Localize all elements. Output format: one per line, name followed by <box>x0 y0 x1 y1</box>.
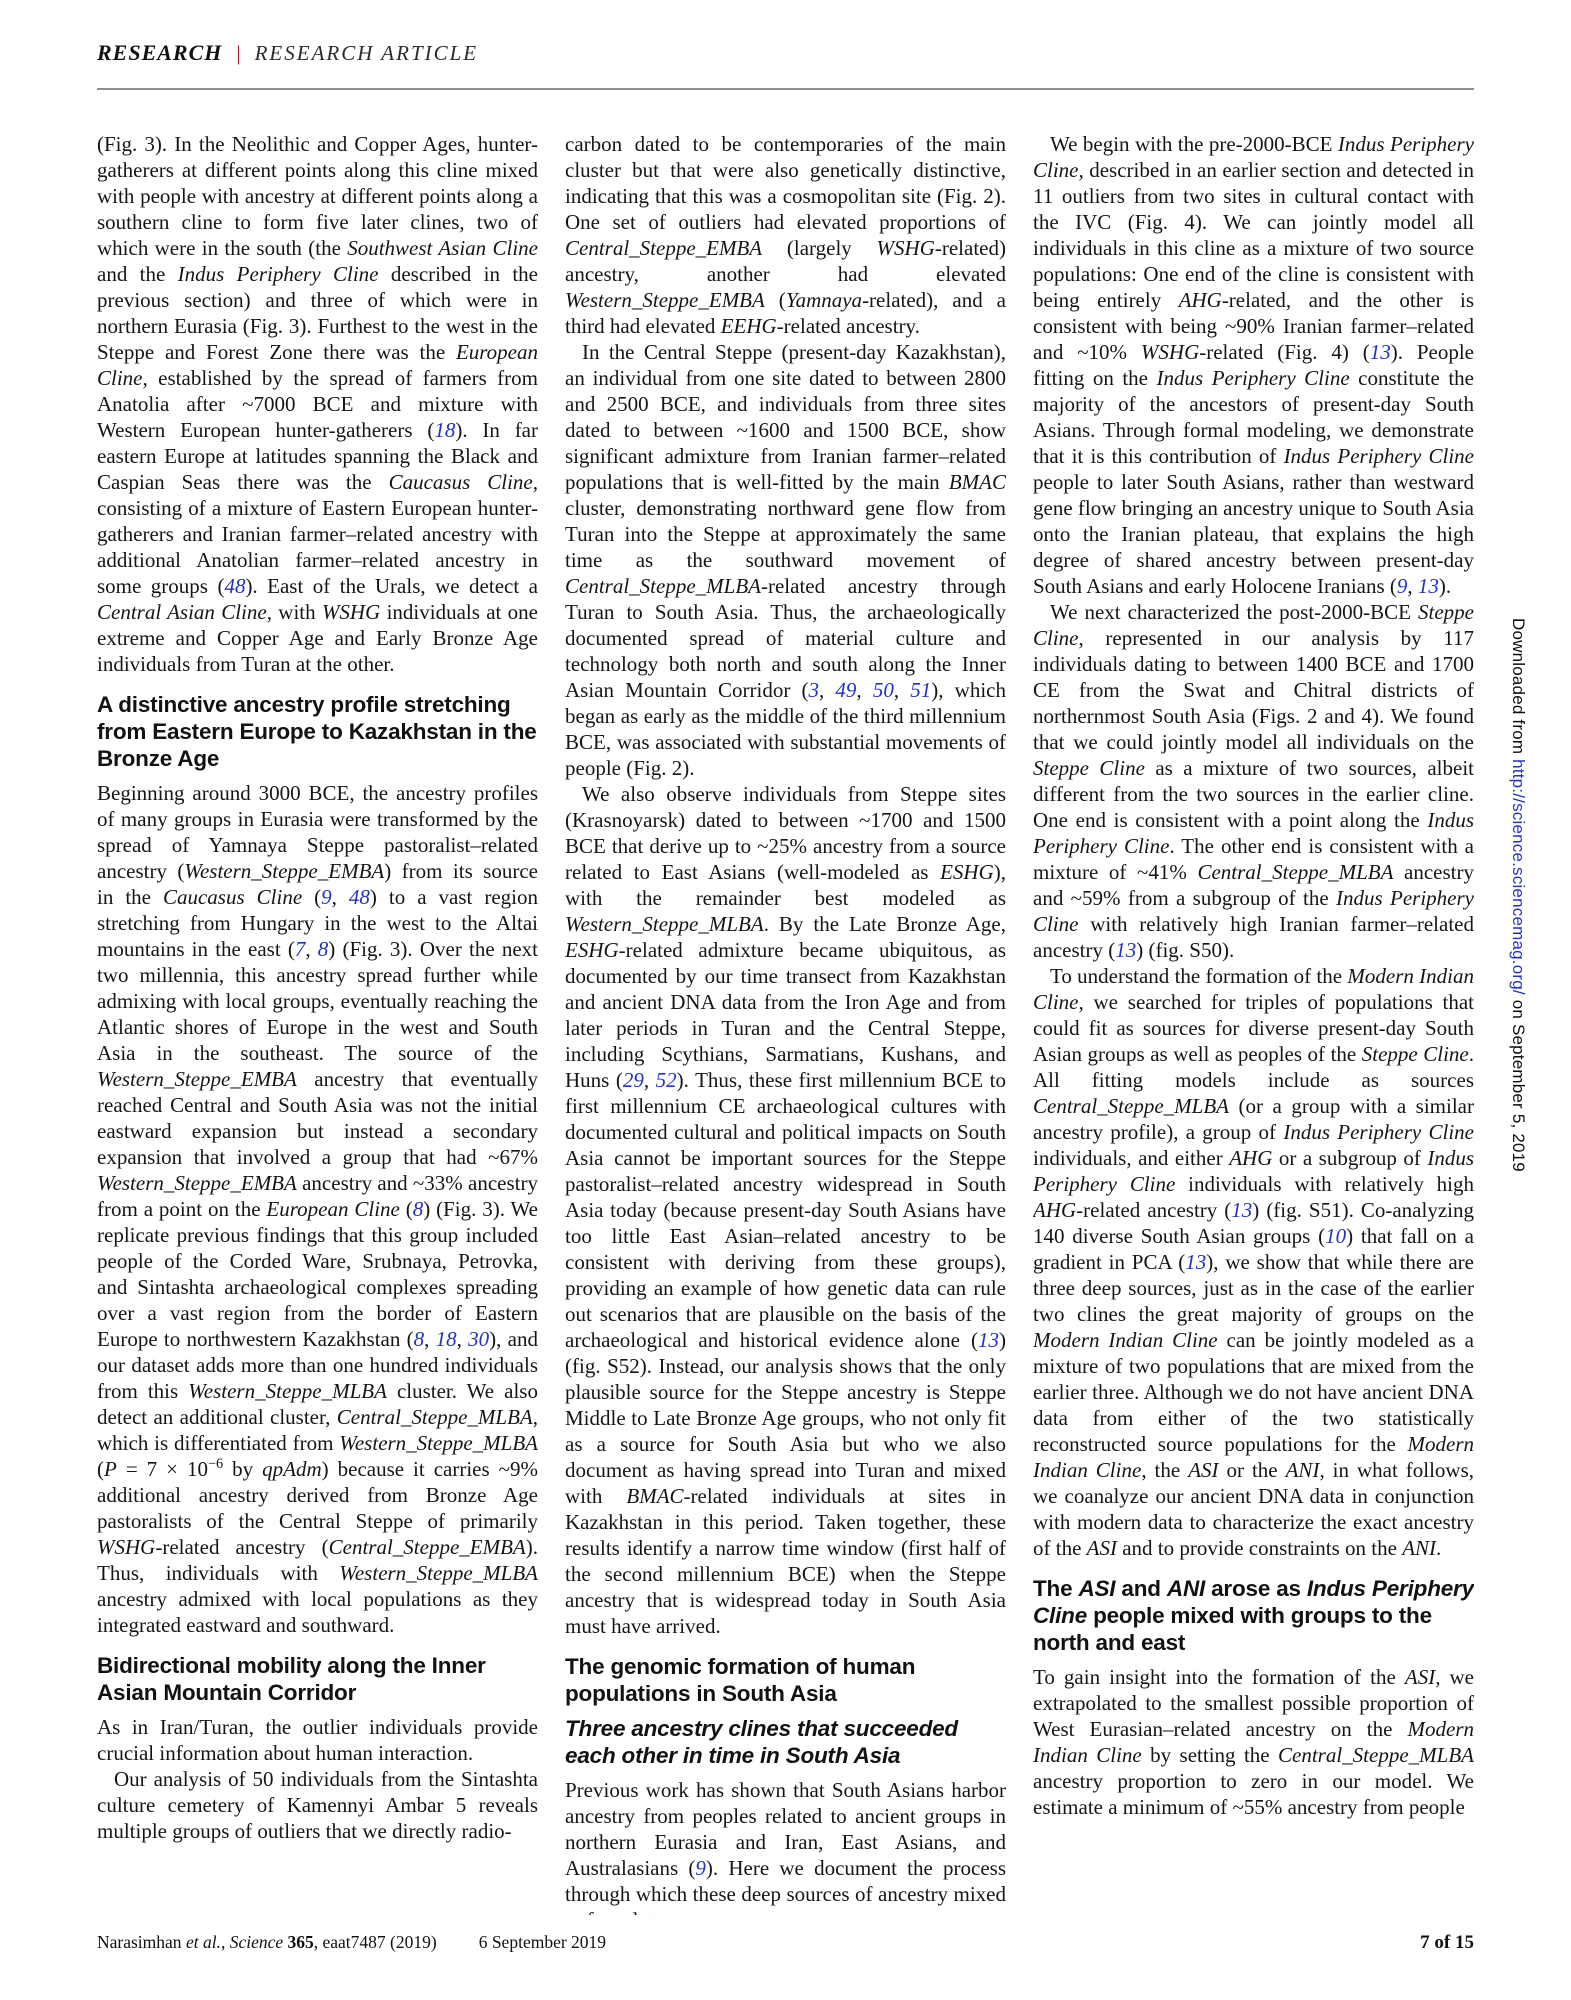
reference-link[interactable]: 13 <box>978 1328 999 1352</box>
text-run: = 7 × 10 <box>117 1457 208 1481</box>
reference-link[interactable]: 49 <box>835 678 856 702</box>
reference-link[interactable]: 8 <box>318 937 329 961</box>
text-run: , <box>819 678 835 702</box>
text-run: ). East of the Urals, we detect a <box>245 574 538 598</box>
text-run: Western_Steppe_EMBA <box>184 859 384 883</box>
reference-link[interactable]: 9 <box>1397 574 1408 598</box>
text-run: Our analysis of 50 individuals from the … <box>97 1767 538 1843</box>
text-run: Indus Periphery Cline <box>178 262 379 286</box>
text-run: BMAC <box>949 470 1006 494</box>
research-label: RESEARCH <box>97 40 222 65</box>
text-run: -related ancestry. <box>777 314 920 338</box>
reference-link[interactable]: 13 <box>1370 340 1391 364</box>
text-run: ancestry admixed with local populations … <box>97 1587 538 1637</box>
reference-link[interactable]: 18 <box>436 1327 457 1351</box>
text-run: The genomic formation of human populatio… <box>565 1654 915 1706</box>
text-run: , eaat7487 (2019) <box>314 1932 437 1952</box>
text-run: European Cline <box>266 1197 399 1221</box>
column-1: (Fig. 3). In the Neolithic and Copper Ag… <box>97 131 538 1915</box>
text-run: and <box>1115 1576 1167 1601</box>
text-run: ANI <box>1402 1536 1436 1560</box>
text-run: qpAdm <box>262 1457 322 1481</box>
text-run: P <box>104 1457 117 1481</box>
text-run: Western_Steppe_EMBA <box>565 288 765 312</box>
section-heading: Three ancestry clines that succeeded eac… <box>565 1715 1006 1769</box>
text-run: ). Thus, these first millennium BCE to f… <box>565 1068 1006 1352</box>
page-header: RESEARCH|RESEARCH ARTICLE <box>97 40 1474 66</box>
header-rule <box>97 88 1474 90</box>
citation: Narasimhan et al., Science 365, eaat7487… <box>97 1932 437 1952</box>
text-run: Caucasus Cline <box>163 885 302 909</box>
text-run: with relatively high Iranian farmer–rela… <box>1033 912 1474 962</box>
text-run: ( <box>97 1457 104 1481</box>
text-run: Yamnaya <box>786 288 862 312</box>
text-run: In the Central Steppe (present-day Kazak… <box>565 340 1006 494</box>
text-run: 365 <box>288 1932 314 1952</box>
text-run: ESHG <box>565 938 619 962</box>
text-run: We begin with the pre-2000-BCE <box>1050 132 1338 156</box>
section-heading: The genomic formation of human populatio… <box>565 1653 1006 1707</box>
text-run: ESHG <box>940 860 994 884</box>
reference-link[interactable]: 9 <box>321 885 332 909</box>
publication-date: 6 September 2019 <box>479 1932 606 1952</box>
paragraph: Our analysis of 50 individuals from the … <box>97 1766 538 1844</box>
section-heading: The ASI and ANI arose as Indus Periphery… <box>1033 1575 1474 1656</box>
text-run: ). <box>1439 574 1451 598</box>
text-run: To gain insight into the formation of th… <box>1033 1665 1405 1689</box>
text-run: Steppe Cline <box>1033 756 1145 780</box>
page-number: 7 of 15 <box>1420 1932 1474 1954</box>
reference-link[interactable]: 8 <box>413 1197 424 1221</box>
text-run: Central_Steppe_MLBA <box>1197 860 1393 884</box>
text-run: , <box>457 1327 469 1351</box>
text-run: Bidirectional mobility along the Inner A… <box>97 1653 486 1705</box>
text-run: ( <box>765 288 786 312</box>
text-run: Science <box>230 1932 283 1952</box>
text-run: on September 5, 2019 <box>1509 995 1528 1172</box>
text-run: , <box>894 678 910 702</box>
text-run: Southwest Asian Cline <box>347 236 538 260</box>
paragraph: In the Central Steppe (present-day Kazak… <box>565 339 1006 781</box>
text-run: Indus Periphery Cline <box>1157 366 1350 390</box>
text-run: Central Asian Cline, <box>97 600 272 624</box>
text-run: ASI, <box>1405 1665 1441 1689</box>
text-run: Indus Periphery Cline <box>1284 444 1474 468</box>
text-run: , <box>644 1068 656 1092</box>
reference-link[interactable]: 48 <box>224 574 245 598</box>
reference-link[interactable]: 51 <box>910 678 931 702</box>
text-run: . <box>1436 1536 1441 1560</box>
text-run: Central_Steppe_MLBA <box>1278 1743 1474 1767</box>
text-run: cluster, demonstrating northward gene fl… <box>565 496 1006 572</box>
text-run: Central_Steppe_EMBA <box>565 236 762 260</box>
text-run: Western_Steppe_EMBA <box>97 1171 297 1195</box>
reference-link[interactable]: 8 <box>414 1327 425 1351</box>
text-run: −6 <box>208 1456 223 1472</box>
text-run: Modern Indian Cline <box>1033 1328 1218 1352</box>
reference-link[interactable]: 29 <box>623 1068 644 1092</box>
paragraph: To understand the formation of the Moder… <box>1033 963 1474 1561</box>
page-footer: Narasimhan et al., Science 365, eaat7487… <box>97 1932 1474 1954</box>
text-run: ANI <box>1167 1576 1205 1601</box>
header-separator: | <box>236 41 240 65</box>
text-run: , <box>221 1932 230 1952</box>
text-run: ) (fig. S50). <box>1136 938 1234 962</box>
text-run: (largely <box>762 236 876 260</box>
text-run: Central_Steppe_MLBA <box>337 1405 533 1429</box>
text-run: We next characterized the post-2000-BCE <box>1050 600 1418 624</box>
paragraph: To gain insight into the formation of th… <box>1033 1664 1474 1820</box>
text-run: A distinctive ancestry profile stretchin… <box>97 692 537 771</box>
paragraph: (Fig. 3). In the Neolithic and Copper Ag… <box>97 131 538 677</box>
reference-link[interactable]: 13 <box>1418 574 1439 598</box>
text-run: -related ancestry ( <box>1076 1198 1231 1222</box>
article-type-label: RESEARCH ARTICLE <box>255 41 479 65</box>
text-run: BMAC <box>626 1484 683 1508</box>
text-run: individuals, and either <box>1033 1146 1229 1170</box>
text-run: arose as <box>1205 1576 1307 1601</box>
text-run: Three ancestry clines that succeeded eac… <box>565 1716 958 1768</box>
text-run: WSHG <box>1141 340 1199 364</box>
reference-link[interactable]: 50 <box>873 678 894 702</box>
column-2: carbon dated to be contemporaries of the… <box>565 131 1006 1915</box>
reference-link[interactable]: 9 <box>695 1856 706 1880</box>
text-run: Central_Steppe_MLBA <box>1033 1094 1229 1118</box>
text-run: EEHG <box>721 314 777 338</box>
text-run: AHG <box>1229 1146 1272 1170</box>
text-run: WSHG <box>877 236 935 260</box>
text-run: by <box>223 1457 262 1481</box>
reference-link[interactable]: 30 <box>468 1327 489 1351</box>
paragraph: We next characterized the post-2000-BCE … <box>1033 599 1474 963</box>
text-run: AHG <box>1033 1198 1076 1222</box>
text-run: , represented in our analysis by 117 ind… <box>1033 626 1474 754</box>
text-run: -related (Fig. 4) ( <box>1199 340 1369 364</box>
text-run: Narasimhan <box>97 1932 186 1952</box>
text-run: Western_Steppe_MLBA <box>188 1379 387 1403</box>
text-run: Western_Steppe_MLBA <box>339 1431 538 1455</box>
text-run: ASI <box>1078 1576 1115 1601</box>
text-run: or the <box>1219 1458 1286 1482</box>
text-run: Central_Steppe_MLBA <box>565 574 761 598</box>
text-run: Western_Steppe_MLBA <box>339 1561 538 1585</box>
text-run: Caucasus Cline, <box>389 470 538 494</box>
reference-link[interactable]: 48 <box>349 885 370 909</box>
text-run: AHG <box>1179 288 1222 312</box>
text-run: , <box>856 678 872 702</box>
paragraph: As in Iran/Turan, the outlier individual… <box>97 1714 538 1766</box>
text-run: ASI <box>1188 1458 1218 1482</box>
reference-link[interactable]: 18 <box>434 418 455 442</box>
text-run: -related ancestry ( <box>155 1535 328 1559</box>
text-run: ancestry proportion to zero in our model… <box>1033 1769 1474 1819</box>
text-run: Central_Steppe_EMBA <box>329 1535 526 1559</box>
text-run: ( <box>400 1197 413 1221</box>
reference-link[interactable]: 13 <box>1115 938 1136 962</box>
text-run: , <box>424 1327 436 1351</box>
text-run: Western_Steppe_MLBA <box>565 912 764 936</box>
reference-link[interactable]: 10 <box>1325 1224 1346 1248</box>
text-run: The <box>1033 1576 1078 1601</box>
reference-link[interactable]: 13 <box>1185 1250 1206 1274</box>
article-page: { "page": { "header": { "kicker": "RESEA… <box>0 0 1571 2000</box>
text-run: WSHG <box>97 1535 155 1559</box>
reference-link[interactable]: 13 <box>1231 1198 1252 1222</box>
paragraph: Beginning around 3000 BCE, the ancestry … <box>97 780 538 1638</box>
reference-link[interactable]: 7 <box>295 937 306 961</box>
text-run: with <box>272 600 322 624</box>
paragraph: We also observe individuals from Steppe … <box>565 781 1006 1639</box>
reference-link[interactable]: 52 <box>656 1068 677 1092</box>
text-run: carbon dated to be contemporaries of the… <box>565 132 1006 234</box>
section-heading: A distinctive ancestry profile stretchin… <box>97 691 538 772</box>
text-run: To understand the formation of the <box>1050 964 1347 988</box>
text-run: , the <box>1141 1458 1188 1482</box>
article-body: (Fig. 3). In the Neolithic and Copper Ag… <box>97 131 1474 1915</box>
text-run: Steppe Cline <box>1362 1042 1469 1066</box>
text-run: Downloaded from <box>1509 618 1528 759</box>
text-run: ASI <box>1087 1536 1117 1560</box>
text-run: ANI <box>1286 1458 1320 1482</box>
text-run: and to provide constraints on the <box>1117 1536 1402 1560</box>
section-heading: Bidirectional mobility along the Inner A… <box>97 1652 538 1706</box>
paragraph: carbon dated to be contemporaries of the… <box>565 131 1006 339</box>
text-run: , <box>332 885 349 909</box>
download-url-link[interactable]: http://science.sciencemag.org/ <box>1509 759 1528 995</box>
text-run: Western_Steppe_EMBA <box>97 1067 297 1091</box>
text-run: , <box>305 937 317 961</box>
footer-citation-line: Narasimhan et al., Science 365, eaat7487… <box>97 1932 606 1953</box>
text-run: ) (fig. S52). Instead, our analysis show… <box>565 1328 1006 1508</box>
reference-link[interactable]: 3 <box>808 678 819 702</box>
column-3: We begin with the pre-2000-BCE Indus Per… <box>1033 131 1474 1915</box>
text-run: , <box>1407 574 1418 598</box>
text-run: individuals with relatively high <box>1175 1172 1474 1196</box>
paragraph: We begin with the pre-2000-BCE Indus Per… <box>1033 131 1474 599</box>
download-watermark: Downloaded from http://science.sciencema… <box>1498 618 1528 1518</box>
text-run: Indus Periphery Cline <box>1283 1120 1474 1144</box>
text-run: . By the Late Bronze Age, <box>764 912 1006 936</box>
paragraph: Previous work has shown that South Asian… <box>565 1777 1006 1915</box>
text-run: by setting the <box>1142 1743 1278 1767</box>
text-run: people mixed with groups to the north an… <box>1033 1603 1432 1655</box>
text-run: WSHG <box>322 600 380 624</box>
text-run: and the <box>97 262 178 286</box>
text-run: et al. <box>186 1932 221 1952</box>
text-run: As in Iran/Turan, the outlier individual… <box>97 1715 538 1765</box>
text-run: ( <box>302 885 321 909</box>
text-run: or a subgroup of <box>1272 1146 1427 1170</box>
